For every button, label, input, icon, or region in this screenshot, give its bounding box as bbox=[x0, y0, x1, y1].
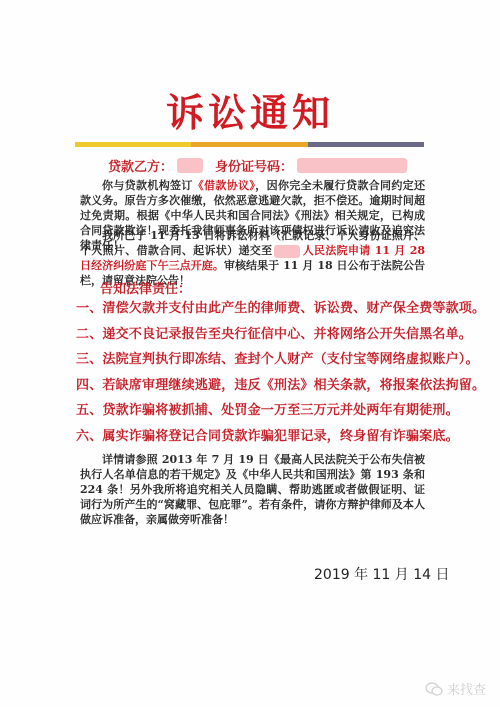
loan-agreement-title: 《借款协议》 bbox=[193, 179, 256, 192]
party-info-line: 贷款乙方： 身份证号码： bbox=[108, 156, 407, 175]
legal-liability-list: 一、清偿欠款并支付由此产生的律师费、诉讼费、财产保全费等款项。 二、递交不良记录… bbox=[76, 300, 436, 453]
paragraph-references: 详情请参照 2013 年 7 月 19 日《最高人民法院关于公布失信被执行人名单… bbox=[80, 452, 425, 527]
color-bar-orange bbox=[191, 142, 307, 147]
id-number-label: 身份证号码： bbox=[215, 156, 293, 175]
liability-item: 五、贷款诈骗将被抓捕、处罚金一万至三万元并处两年有期徒刑。 bbox=[76, 402, 436, 428]
liability-item: 六、属实诈骗将登记合同贷款诈骗犯罪记录，终身留有诈骗案底。 bbox=[76, 428, 436, 454]
decorative-color-bar bbox=[75, 142, 424, 147]
document-title: 诉讼通知 bbox=[0, 82, 500, 137]
watermark: 来找查 bbox=[425, 679, 486, 698]
redacted-id-number bbox=[297, 158, 407, 173]
notice-page: 诉讼通知 贷款乙方： 身份证号码： 你与贷款机构签订《借款协议》，因你完全未履行… bbox=[0, 0, 500, 707]
liability-item: 一、清偿欠款并支付由此产生的律师费、诉讼费、财产保全费等款项。 bbox=[76, 300, 436, 326]
paragraph-contract-before: 你与贷款机构签订 bbox=[102, 179, 193, 192]
document-date: 2019 年 11 月 14 日 bbox=[314, 564, 450, 584]
wechat-icon bbox=[425, 682, 443, 696]
borrower-label: 贷款乙方： bbox=[108, 156, 173, 175]
watermark-text: 来找查 bbox=[447, 679, 486, 698]
liability-item: 四、若缺席审理继续逃避，违反《刑法》相关条款，将报案依法拘留。 bbox=[76, 377, 436, 403]
redacted-name bbox=[177, 158, 203, 173]
liability-item: 二、递交不良记录报告至央行征信中心、并将网络公开失信黑名单。 bbox=[76, 326, 436, 352]
liability-item: 三、法院宣判执行即冻结、查封个人财产（支付宝等网络虚拟账户）。 bbox=[76, 351, 436, 377]
color-bar-slate bbox=[308, 142, 424, 147]
color-bar-yellow bbox=[75, 142, 191, 147]
redacted-court-name bbox=[274, 245, 300, 258]
legal-liability-heading: 告知法律责任： bbox=[100, 278, 191, 297]
